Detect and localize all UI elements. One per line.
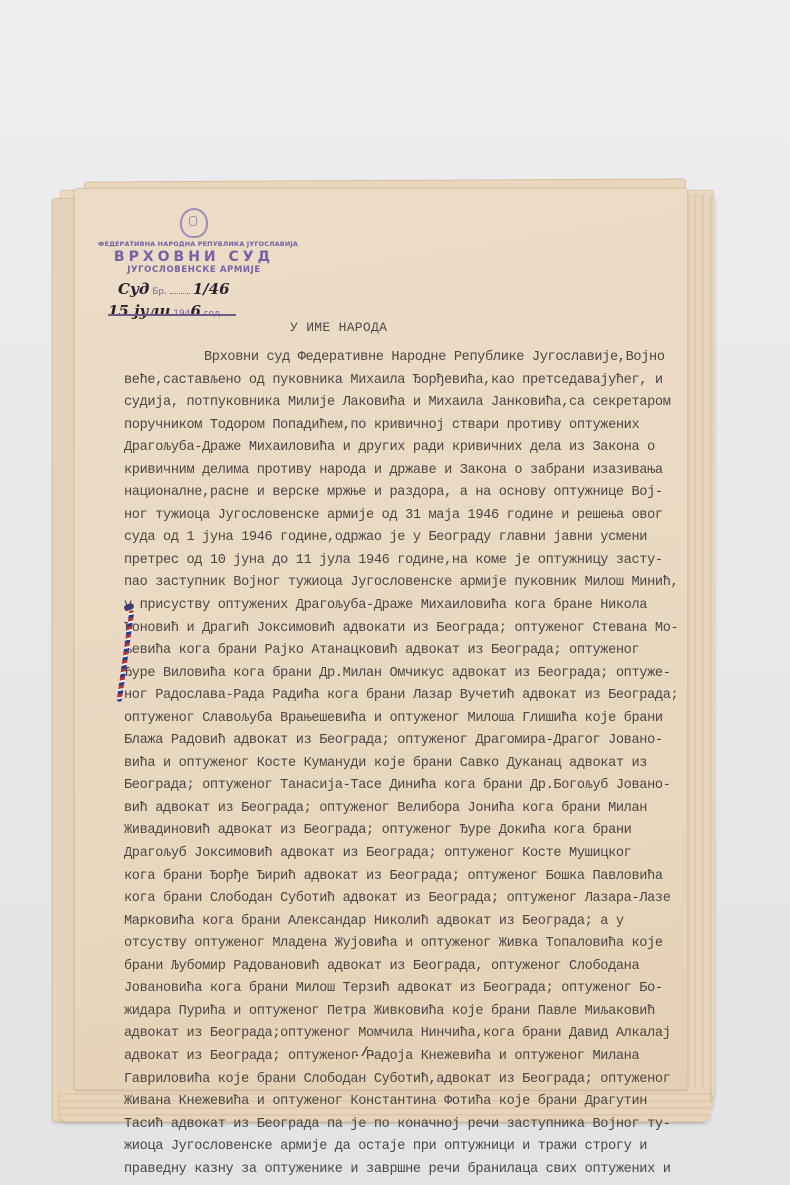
text-line: пао заступник Војног тужиоца Југословенс… [124,572,694,595]
text-line: ног Радослава-Рада Радића кога брани Лаз… [124,685,694,708]
text-line: ног тужиоца Југословенске армије од 31 м… [124,505,694,528]
text-line: судија, потпуковника Милије Лаковића и М… [124,392,694,415]
text-line: вића и оптуженог Косте Кумануди које бра… [124,753,694,776]
text-line: у присуству оптужених Драгољуба-Драже Ми… [124,595,694,618]
text-line: вић адвокат из Београда; оптуженог Велиб… [124,798,694,821]
text-line: Марковића кога брани Александар Николић … [124,911,694,934]
coat-of-arms-icon [180,208,208,238]
stamp-court-name: ВРХОВНИ СУД [104,249,284,265]
text-line: жиоца Југословенске армије да остаје при… [124,1136,694,1159]
text-line: поручником Тодором Попадићем,по кривично… [124,415,694,438]
text-line: оптуженог Славољуба Врањешевића и оптуже… [124,708,694,731]
text-line: Јовановића кога брани Милош Терзић адвок… [124,978,694,1001]
text-line: Ђоновић и Драгић Јоксимовић адвокати из … [124,618,694,641]
document-title: У ИМЕ НАРОДА [290,320,387,335]
text-line: суда од 1 јуна 1946 године,одржао је у Б… [124,527,694,550]
text-line: отсуству оптуженог Младена Жујовића и оп… [124,933,694,956]
court-stamp: ФЕДЕРАТИВНА НАРОДНА РЕПУБЛИКА ЈУГОСЛАВИЈ… [104,208,284,275]
stamp-case-prefix: Суд [118,280,149,298]
stamp-date-handwritten: 15 јули [108,302,170,320]
text-line: адвокат из Београда; оптуженог Радоја Кн… [124,1046,694,1069]
text-line: кривичним делима противу народа и државе… [124,460,694,483]
text-line: Врховни суд Федеративне Народне Републик… [124,347,694,370]
text-line: љевића кога брани Рајко Атанацковић адво… [124,640,694,663]
stamp-case-label: Бр. [152,287,167,297]
text-line: брани Љубомир Радовановић адвокат из Бео… [124,956,694,979]
text-line: претрес од 10 јуна до 11 јула 1946 годин… [124,550,694,573]
text-line: Драгољуб Јоксимовић адвокат из Београда;… [124,843,694,866]
text-line: Живана Кнежевића и оптуженог Константина… [124,1091,694,1114]
text-line: Београда; оптуженог Танасија-Тасе Динића… [124,775,694,798]
text-line: кога брани Ђорђе Ђирић адвокат из Београ… [124,866,694,889]
stamp-case-number-row: Суд Бр. 1/46 [118,280,230,298]
text-line: Ђуре Виловића кога брани Др.Милан Омчику… [124,663,694,686]
stamp-case-number: 1/46 [193,280,230,298]
text-line: Гавриловића које брани Слободан Суботић,… [124,1069,694,1092]
text-line: Драгољуба-Драже Михаиловића и других рад… [124,437,694,460]
stamp-country-line: ФЕДЕРАТИВНА НАРОДНА РЕПУБЛИКА ЈУГОСЛАВИЈ… [98,240,284,248]
document-body: Врховни суд Федеративне Народне Републик… [124,347,694,1181]
stamp-year-suffix: 6 [190,302,200,320]
stamp-army-line: ЈУГОСЛОВЕНСКЕ АРМИЈЕ [104,265,284,275]
text-line: Блажа Радовић адвокат из Београда; оптуж… [124,730,694,753]
text-line: адвокат из Београда;оптуженог Момчила Ни… [124,1023,694,1046]
text-line: кога брани Слободан Суботић адвокат из Б… [124,888,694,911]
text-line: праведну казну за оптуженике и завршне р… [124,1159,694,1182]
text-line: жидара Пурића и оптуженог Петра Живковић… [124,1001,694,1024]
stamp-date-row: 15 јули 1946 год. [108,302,223,320]
text-line: националне,расне и верске мржње и раздор… [124,482,694,505]
text-line: Тасић адвокат из Београда па је по конач… [124,1114,694,1137]
text-line: веће,састављено од пуковника Михаила Ђор… [124,370,694,393]
stamp-underline [108,314,236,316]
continuation-mark: ./. [353,1045,376,1060]
dotted-fill [170,293,190,294]
text-line: Живадиновић адвокат из Београда; оптужен… [124,820,694,843]
